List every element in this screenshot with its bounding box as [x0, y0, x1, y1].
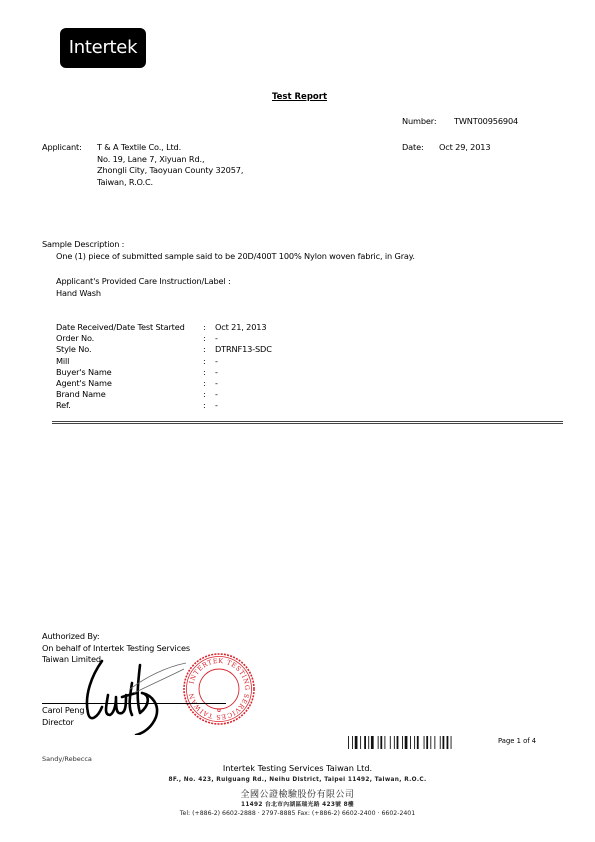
info-value: - [215, 389, 218, 400]
info-separator: : [203, 344, 206, 355]
table-row: Style No.:DTRNF13-SDC [56, 344, 316, 355]
authorized-by-label: Authorized By: [42, 631, 190, 643]
info-value: DTRNF13-SDC [215, 344, 272, 355]
table-row: Mill:- [56, 356, 316, 367]
info-separator: : [203, 378, 206, 389]
info-value: - [215, 367, 218, 378]
info-separator: : [203, 400, 206, 411]
info-separator: : [203, 333, 206, 344]
applicant-address-line: Taiwan, R.O.C. [97, 177, 243, 189]
info-value: - [215, 356, 218, 367]
barcode-icon [348, 736, 488, 749]
report-number-value: TWNT00956904 [454, 116, 518, 127]
info-separator: : [203, 367, 206, 378]
info-key: Date Received/Date Test Started [56, 322, 185, 333]
company-seal-icon: INTERTEK TESTING SERVICES TAIWAN LTD. ✿ [182, 652, 256, 726]
sample-description-label: Sample Description : [42, 239, 124, 250]
info-key: Brand Name [56, 389, 106, 400]
info-separator: : [203, 322, 206, 333]
info-value: - [215, 378, 218, 389]
table-row: Brand Name:- [56, 389, 316, 400]
signer-name: Carol Peng [42, 705, 84, 717]
report-date-label: Date: [402, 142, 424, 153]
section-divider [52, 421, 563, 424]
table-row: Agent's Name:- [56, 378, 316, 389]
footer-contact: Tel: (+886-2) 6602-2888 · 2797-8885 Fax:… [0, 810, 595, 817]
on-behalf-line: On behalf of Intertek Testing Services [42, 643, 190, 655]
info-value: Oct 21, 2013 [215, 322, 266, 333]
info-key: Style No. [56, 344, 91, 355]
sample-description: One (1) piece of submitted sample said t… [56, 251, 415, 262]
table-row: Buyer's Name:- [56, 367, 316, 378]
applicant-name: T & A Textile Co., Ltd. [97, 142, 243, 154]
page-number: Page 1 of 4 [498, 737, 536, 745]
care-instruction-label: Applicant's Provided Care Instruction/La… [56, 276, 231, 287]
applicant-address-line: Zhongli City, Taoyuan County 32057, [97, 165, 243, 177]
applicant-address: T & A Textile Co., Ltd. No. 19, Lane 7, … [97, 142, 243, 188]
report-title: Test Report [272, 92, 327, 102]
report-number-label: Number: [402, 116, 436, 127]
applicant-label: Applicant: [42, 142, 82, 153]
signature-line [42, 703, 226, 704]
footer-address-en: 8F., No. 423, Ruiguang Rd., Neihu Distri… [0, 777, 595, 783]
info-separator: : [203, 356, 206, 367]
applicant-address-line: No. 19, Lane 7, Xiyuan Rd., [97, 154, 243, 166]
info-value: - [215, 333, 218, 344]
signature-icon [80, 655, 190, 735]
footer-address-zh: 11492 台北市內湖區瑞光路 423號 8樓 [0, 799, 595, 808]
info-key: Agent's Name [56, 378, 112, 389]
info-value: - [215, 400, 218, 411]
table-row: Date Received/Date Test Started:Oct 21, … [56, 322, 316, 333]
footer-company-name: Intertek Testing Services Taiwan Ltd. [0, 763, 595, 773]
table-row: Order No.:- [56, 333, 316, 344]
report-date-value: Oct 29, 2013 [439, 142, 490, 153]
sample-info-table: Date Received/Date Test Started:Oct 21, … [56, 322, 316, 412]
signer-title: Director [42, 717, 84, 729]
info-key: Ref. [56, 400, 71, 411]
care-instruction-value: Hand Wash [56, 288, 101, 299]
prepared-by-initials: Sandy/Rebecca [42, 755, 92, 763]
info-key: Buyer's Name [56, 367, 112, 378]
info-key: Mill [56, 356, 69, 367]
svg-text:✿: ✿ [217, 708, 221, 714]
intertek-logo: Intertek [60, 28, 146, 68]
table-row: Ref.:- [56, 400, 316, 411]
info-key: Order No. [56, 333, 94, 344]
info-separator: : [203, 389, 206, 400]
signer-block: Carol Peng Director [42, 705, 84, 728]
